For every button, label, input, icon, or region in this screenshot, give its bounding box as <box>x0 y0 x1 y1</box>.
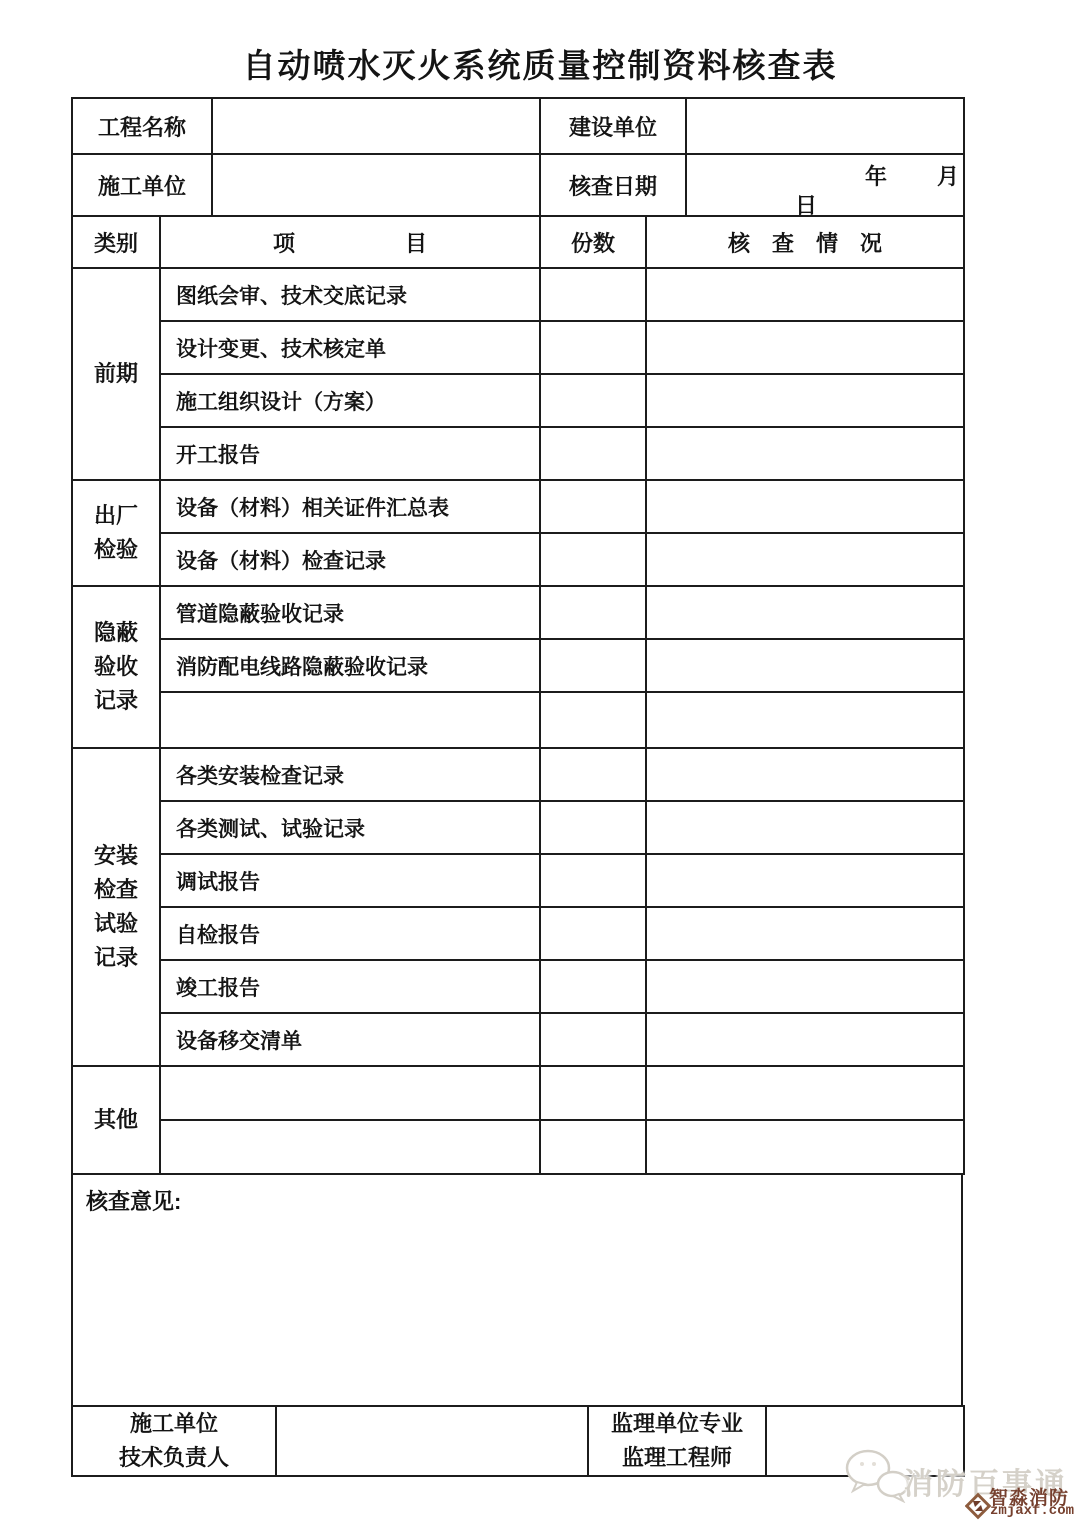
item-cell: 调试报告 <box>160 854 540 907</box>
status-cell <box>646 480 964 533</box>
item-cell: 竣工报告 <box>160 960 540 1013</box>
brand-site: zmjaxf.com <box>990 1503 1074 1519</box>
status-cell <box>646 907 964 960</box>
status-cell <box>646 1120 964 1174</box>
document-page: 自动喷水灭火系统质量控制资料核查表 工程名称 建设单位 施工单位 核查日期 年 … <box>0 0 1080 1525</box>
table-row: 设备移交清单 <box>72 1013 964 1066</box>
table-row: 安装 检查 试验 记录 各类安装检查记录 <box>72 748 964 801</box>
copies-cell <box>540 639 646 692</box>
checklist-table: 类别 项 目 份数 核 查 情 况 前期 图纸会审、技术交底记录 设计变更、技术… <box>71 215 965 1175</box>
builder-label: 施工单位 <box>72 154 212 216</box>
copies-cell <box>540 907 646 960</box>
category-cell-other: 其他 <box>72 1066 160 1174</box>
table-row: 其他 <box>72 1066 964 1120</box>
copies-cell <box>540 854 646 907</box>
item-cell: 设计变更、技术核定单 <box>160 321 540 374</box>
item-cell <box>160 1120 540 1174</box>
review-opinion-label: 核查意见: <box>86 1189 181 1214</box>
brand-diamond-logo-icon <box>965 1492 991 1525</box>
copies-header: 份数 <box>540 216 646 268</box>
status-cell <box>646 801 964 854</box>
review-opinion-box: 核查意见: <box>71 1173 963 1407</box>
check-date-value: 年 月 日 <box>686 154 964 216</box>
copies-cell <box>540 374 646 427</box>
table-row: 施工单位 核查日期 年 月 日 <box>72 154 964 216</box>
builder-signer-label: 施工单位 技术负责人 <box>72 1406 276 1476</box>
table-row: 设备（材料）检查记录 <box>72 533 964 586</box>
owner-label: 建设单位 <box>540 98 686 154</box>
copies-cell <box>540 960 646 1013</box>
item-cell: 各类测试、试验记录 <box>160 801 540 854</box>
table-row: 设计变更、技术核定单 <box>72 321 964 374</box>
copies-cell <box>540 801 646 854</box>
builder-signer-value <box>276 1406 588 1476</box>
copies-cell <box>540 748 646 801</box>
table-row: 工程名称 建设单位 <box>72 98 964 154</box>
category-cell-installation-test: 安装 检查 试验 记录 <box>72 748 160 1066</box>
item-cell: 管道隐蔽验收记录 <box>160 586 540 639</box>
status-cell <box>646 1013 964 1066</box>
status-header: 核 查 情 况 <box>646 216 964 268</box>
item-cell: 自检报告 <box>160 907 540 960</box>
copies-cell <box>540 533 646 586</box>
table-row <box>72 692 964 748</box>
signature-table: 施工单位 技术负责人 监理单位专业 监理工程师 <box>71 1405 965 1477</box>
status-cell <box>646 268 964 321</box>
table-row <box>72 1120 964 1174</box>
copies-cell <box>540 1066 646 1120</box>
category-cell-factory-inspection: 出厂 检验 <box>72 480 160 586</box>
item-header: 项 目 <box>160 216 540 268</box>
copies-cell <box>540 480 646 533</box>
copies-cell <box>540 1120 646 1174</box>
copies-cell <box>540 692 646 748</box>
status-cell <box>646 374 964 427</box>
item-cell: 施工组织设计（方案） <box>160 374 540 427</box>
copies-cell <box>540 586 646 639</box>
status-cell <box>646 639 964 692</box>
copies-cell <box>540 268 646 321</box>
item-cell <box>160 1066 540 1120</box>
item-cell: 各类安装检查记录 <box>160 748 540 801</box>
table-row: 施工单位 技术负责人 监理单位专业 监理工程师 <box>72 1406 964 1476</box>
table-row: 竣工报告 <box>72 960 964 1013</box>
copies-cell <box>540 321 646 374</box>
status-cell <box>646 321 964 374</box>
status-cell <box>646 692 964 748</box>
item-cell: 设备（材料）相关证件汇总表 <box>160 480 540 533</box>
item-cell: 消防配电线路隐蔽验收记录 <box>160 639 540 692</box>
table-row: 隐蔽 验收 记录 管道隐蔽验收记录 <box>72 586 964 639</box>
category-cell-concealed-acceptance: 隐蔽 验收 记录 <box>72 586 160 748</box>
table-row: 施工组织设计（方案） <box>72 374 964 427</box>
form-sheet: 工程名称 建设单位 施工单位 核查日期 年 月 日 类别 项 <box>71 97 963 1477</box>
status-cell <box>646 1066 964 1120</box>
status-cell <box>646 748 964 801</box>
table-row: 前期 图纸会审、技术交底记录 <box>72 268 964 321</box>
table-header-row: 类别 项 目 份数 核 查 情 况 <box>72 216 964 268</box>
owner-value <box>686 98 964 154</box>
copies-cell <box>540 1013 646 1066</box>
item-cell: 设备（材料）检查记录 <box>160 533 540 586</box>
status-cell <box>646 960 964 1013</box>
table-row: 各类测试、试验记录 <box>72 801 964 854</box>
copies-cell <box>540 427 646 480</box>
info-table: 工程名称 建设单位 施工单位 核查日期 年 月 日 <box>71 97 965 217</box>
table-row: 调试报告 <box>72 854 964 907</box>
table-row: 出厂 检验 设备（材料）相关证件汇总表 <box>72 480 964 533</box>
status-cell <box>646 854 964 907</box>
category-header: 类别 <box>72 216 160 268</box>
year-label: 年 <box>865 160 887 191</box>
item-cell: 图纸会审、技术交底记录 <box>160 268 540 321</box>
table-row: 开工报告 <box>72 427 964 480</box>
status-cell <box>646 427 964 480</box>
month-label: 月 <box>937 160 959 191</box>
category-cell-preliminary: 前期 <box>72 268 160 480</box>
page-title: 自动喷水灭火系统质量控制资料核查表 <box>0 40 1080 87</box>
status-cell <box>646 533 964 586</box>
builder-value <box>212 154 540 216</box>
table-row: 消防配电线路隐蔽验收记录 <box>72 639 964 692</box>
day-label: 日 <box>795 189 817 216</box>
item-cell: 设备移交清单 <box>160 1013 540 1066</box>
project-name-value <box>212 98 540 154</box>
table-row: 自检报告 <box>72 907 964 960</box>
status-cell <box>646 586 964 639</box>
item-cell: 开工报告 <box>160 427 540 480</box>
check-date-label: 核查日期 <box>540 154 686 216</box>
project-name-label: 工程名称 <box>72 98 212 154</box>
supervisor-signer-label: 监理单位专业 监理工程师 <box>588 1406 766 1476</box>
item-cell <box>160 692 540 748</box>
